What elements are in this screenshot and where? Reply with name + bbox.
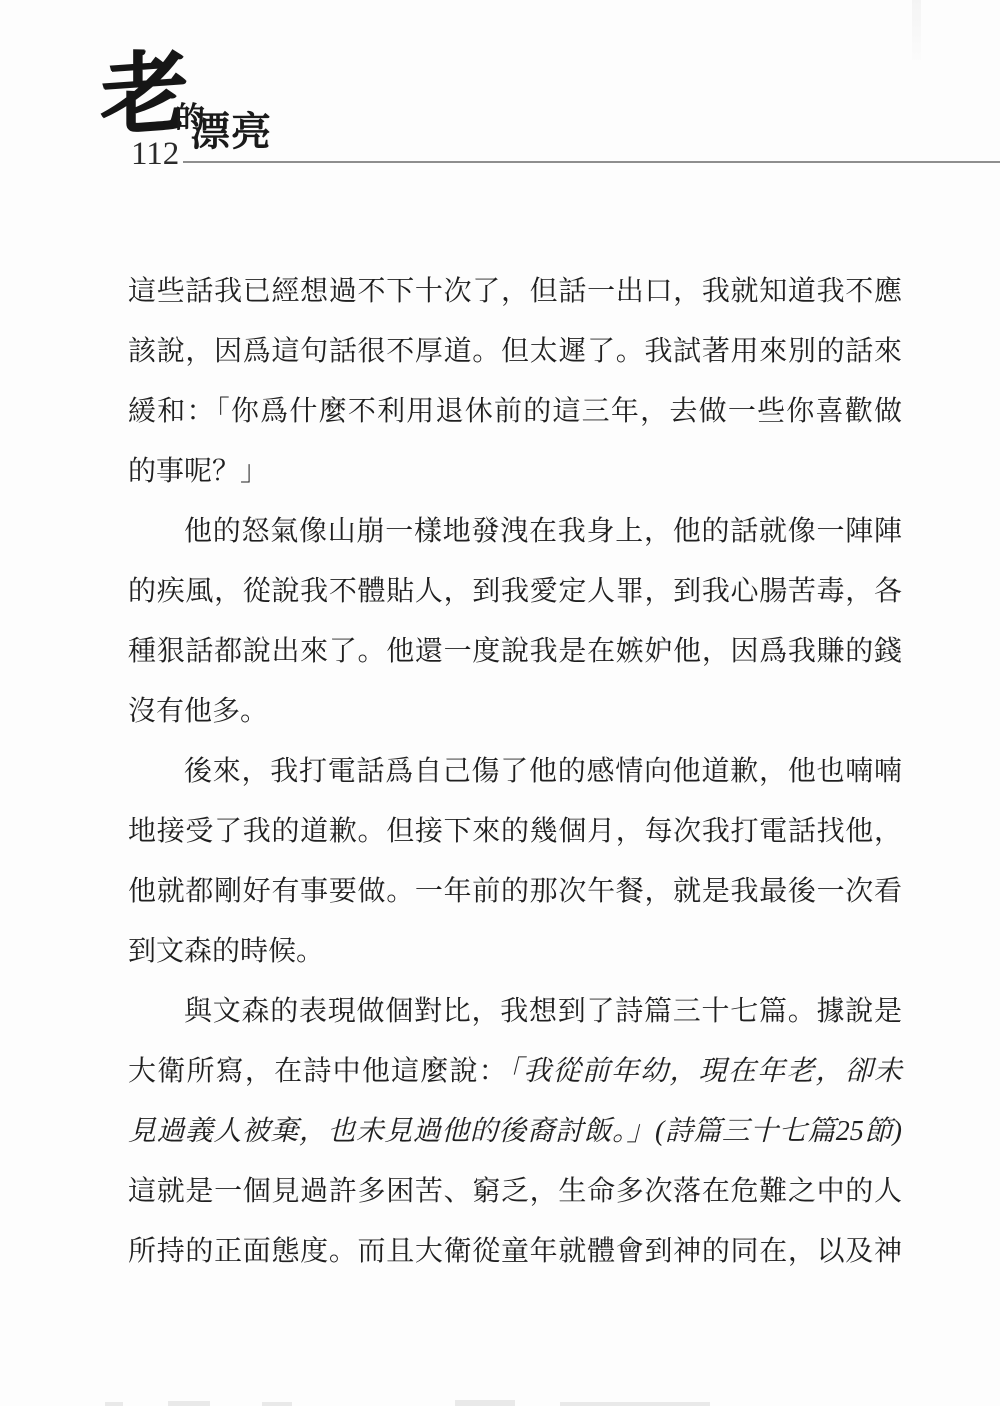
text-line: 這就是一個見過許多困苦、窮乏，生命多次落在危難之中的人: [128, 1162, 902, 1222]
scan-artifact: [560, 1402, 710, 1406]
scan-artifact: [455, 1400, 515, 1406]
text-line: 後來，我打電話爲自己傷了他的感情向他道歉，他也喃喃: [128, 742, 902, 802]
text-segment: 他的怒氣像山崩一樣地發洩在我身上，他的話就像一陣陣: [184, 516, 902, 547]
text-line: 見過義人被棄，也未見過他的後裔討飯。」(詩篇三十七篇25節): [128, 1102, 902, 1162]
text-segment: 沒有他多。: [128, 696, 268, 727]
book-page: 老 的 漂亮 112 這些話我已經想過不下十次了，但話一出口，我就知道我不應該說…: [0, 0, 1000, 1406]
text-segment: 他就都剛好有事要做。一年前的那次午餐，就是我最後一次看: [128, 876, 902, 907]
running-header: 老 的 漂亮 112: [0, 0, 1000, 200]
text-line: 緩和：「你爲什麼不利用退休前的這三年，去做一些你喜歡做: [128, 382, 902, 442]
text-line: 他的怒氣像山崩一樣地發洩在我身上，他的話就像一陣陣: [128, 502, 902, 562]
text-segment: 後來，我打電話爲自己傷了他的感情向他道歉，他也喃喃: [184, 756, 902, 787]
text-line: 的事呢？」: [128, 442, 902, 502]
text-segment: 所持的正面態度。而且大衛從童年就體會到神的同在，以及神: [128, 1236, 902, 1267]
text-segment: 與文森的表現做個對比，我想到了詩篇三十七篇。據說是: [184, 996, 902, 1027]
scripture-quote-segment: 見過義人被棄，也未見過他的後裔討飯。」(詩篇三十七篇25節): [128, 1116, 902, 1147]
page-bottom-cutoff-artifacts: [0, 1395, 1000, 1406]
text-segment: 這些話我已經想過不下十次了，但話一出口，我就知道我不應: [128, 276, 902, 307]
text-segment: 緩和：「你爲什麼不利用退休前的這三年，去做一些你喜歡做: [128, 396, 902, 427]
text-segment: 這就是一個見過許多困苦、窮乏，生命多次落在危難之中的人: [128, 1176, 902, 1207]
text-segment: 地接受了我的道歉。但接下來的幾個月，每次我打電話找他，: [128, 816, 902, 847]
text-line: 他就都剛好有事要做。一年前的那次午餐，就是我最後一次看: [128, 862, 902, 922]
text-line: 與文森的表現做個對比，我想到了詩篇三十七篇。據說是: [128, 982, 902, 1042]
text-segment: 的疾風，從說我不體貼人，到我愛定人罪，到我心腸苦毒，各: [128, 576, 902, 607]
header-divider-rule: [183, 161, 1000, 163]
scan-artifact-streak: [912, 0, 921, 60]
text-segment: 大衛所寫，在詩中他這麼說：: [128, 1056, 508, 1087]
text-segment: 的事呢？」: [128, 456, 268, 487]
text-segment: 到文森的時候。: [128, 936, 324, 967]
scan-artifact: [168, 1401, 210, 1406]
text-line: 所持的正面態度。而且大衛從童年就體會到神的同在，以及神: [128, 1222, 902, 1282]
scripture-quote-segment: 「我從前年幼，現在年老，卻未: [508, 1056, 902, 1087]
text-line: 地接受了我的道歉。但接下來的幾個月，每次我打電話找他，: [128, 802, 902, 862]
text-line: 這些話我已經想過不下十次了，但話一出口，我就知道我不應: [128, 262, 902, 322]
scan-artifact: [105, 1402, 123, 1406]
text-line: 的疾風，從說我不體貼人，到我愛定人罪，到我心腸苦毒，各: [128, 562, 902, 622]
text-line: 到文森的時候。: [128, 922, 902, 982]
text-segment: 該說，因爲這句話很不厚道。但太遲了。我試著用來別的話來: [128, 336, 902, 367]
body-text-block: 這些話我已經想過不下十次了，但話一出口，我就知道我不應該說，因爲這句話很不厚道。…: [128, 262, 902, 1282]
scan-artifact: [262, 1402, 292, 1406]
text-segment: 種狠話都說出來了。他還一度說我是在嫉妒他，因爲我賺的錢: [128, 636, 902, 667]
text-line: 大衛所寫，在詩中他這麼說：「我從前年幼，現在年老，卻未: [128, 1042, 902, 1102]
page-number: 112: [131, 138, 179, 171]
book-title-piaoliang: 漂亮: [190, 112, 272, 152]
text-line: 種狠話都說出來了。他還一度說我是在嫉妒他，因爲我賺的錢: [128, 622, 902, 682]
text-line: 該說，因爲這句話很不厚道。但太遲了。我試著用來別的話來: [128, 322, 902, 382]
text-line: 沒有他多。: [128, 682, 902, 742]
